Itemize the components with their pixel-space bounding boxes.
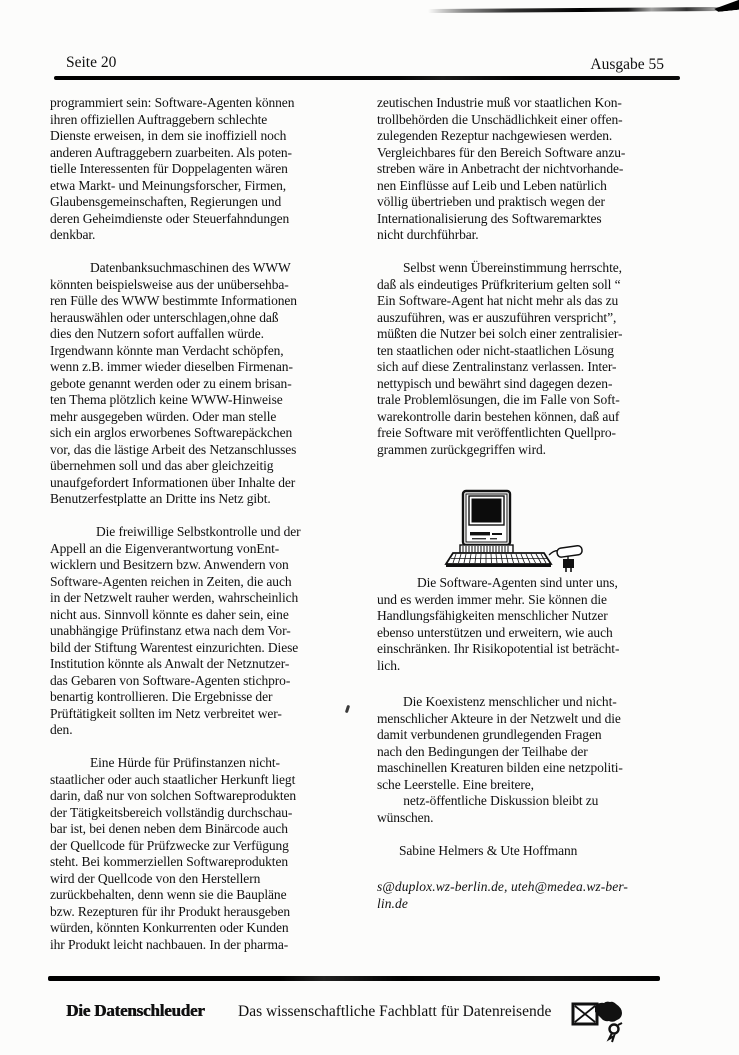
paragraph: Datenbanksuchmaschinen des WWW könnten b… <box>50 260 364 508</box>
page-number-label: Seite 20 <box>66 54 116 72</box>
paragraph: zeutischen Industrie muß vor staatlichen… <box>377 95 685 244</box>
scan-artifact-streak <box>428 7 722 13</box>
paragraph: Die Koexistenz menschlicher und nicht- m… <box>377 694 685 826</box>
issue-label: Ausgabe 55 <box>560 56 664 74</box>
paragraph: programmiert sein: Software-Agenten könn… <box>50 95 364 244</box>
scanned-page: Seite 20 Ausgabe 55 programmiert sein: S… <box>0 0 739 1055</box>
right-column: zeutischen Industrie muß vor staatlichen… <box>377 95 685 929</box>
footer-rule <box>48 976 660 981</box>
magazine-name: Die Datenschleuder <box>66 1001 205 1021</box>
footer-tagline: Das wissenschaftliche Fachblatt für Date… <box>238 1003 551 1021</box>
header-rule <box>54 76 680 80</box>
paragraph: Die Software-Agenten sind unter uns, und… <box>377 575 685 674</box>
left-column: programmiert sein: Software-Agenten könn… <box>50 95 364 970</box>
datenschleuder-logo-icon <box>571 999 635 1045</box>
paragraph: Selbst wenn Übereinstimmung herrschte, d… <box>377 260 685 458</box>
paragraph: Eine Hürde für Prüfinstanzen nicht- staa… <box>50 755 364 953</box>
byline: Sabine Helmers & Ute Hoffmann <box>377 843 685 860</box>
macintosh-computer-icon <box>441 489 586 573</box>
email-address: s@duplox.wz-berlin.de, uteh@medea.wz-ber… <box>377 879 685 912</box>
paragraph: Die freiwillige Selbstkontrolle und der … <box>50 524 364 739</box>
